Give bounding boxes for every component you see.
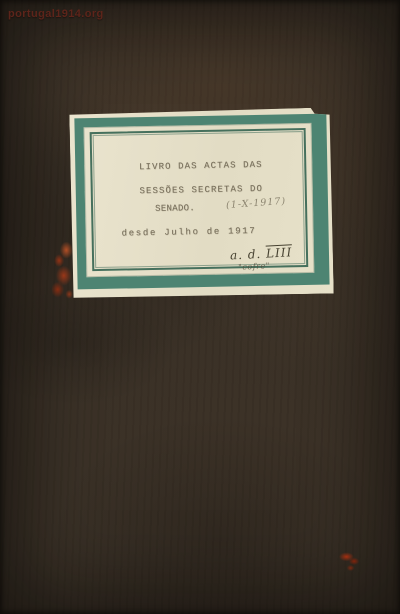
reference-prefix: a. d. (230, 247, 267, 263)
red-wax-stain (44, 242, 80, 300)
book-cover-photo: portugal1914.org LIVRO DAS ACTAS DAS SES… (0, 0, 400, 614)
handwritten-note-annotation: "cofre" (238, 261, 270, 272)
cover-label: LIVRO DAS ACTAS DAS SESSÕES SECRETAS DO … (69, 108, 334, 299)
label-green-border (74, 114, 329, 290)
reference-roman-numeral: LIII (266, 245, 293, 260)
label-title-line3: SENADO. (155, 203, 195, 214)
red-ink-stain-bottom (333, 545, 365, 573)
watermark-portugal1914: portugal1914.org (8, 8, 104, 20)
